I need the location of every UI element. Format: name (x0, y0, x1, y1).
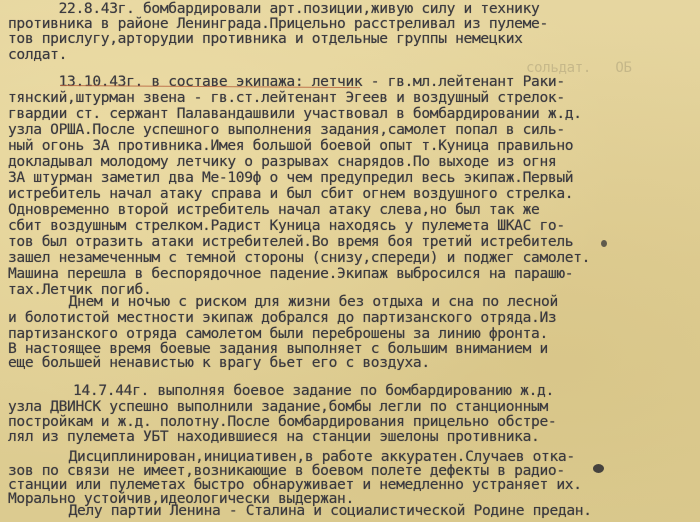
text-line: Одновременно второй истребитель начал ат… (8, 202, 539, 218)
text-line: гвардии ст. сержант Палавандашвили участ… (8, 106, 582, 122)
text-line: ный огонь ЗА противника.Имея большой бое… (8, 138, 573, 154)
text-line: лял из пулемета УБТ находившиеся на стан… (8, 429, 539, 445)
text-line: и болотистой местности экипаж добрался д… (8, 310, 556, 326)
text-line: солдат. (8, 47, 67, 63)
text-line: Машина перешла в беспорядочное падение.Э… (8, 266, 573, 282)
text-line: 14.7.44г. выполняя боевое задание по бом… (14, 383, 554, 399)
text-line: Днем и ночью с риском для жизни без отды… (18, 294, 558, 310)
text-line: узла ОРША.После успешного выполнения зад… (8, 122, 565, 138)
ink-blot-mark (593, 464, 604, 473)
text-line: сбит воздушным стрелком.Радист Куница на… (8, 218, 565, 234)
text-line: зашел незамеченным с темной стороны (сни… (8, 250, 590, 266)
text-line: 13.10.43г. в составе экипажа: летчик - г… (8, 74, 565, 90)
ink-blot-mark (601, 240, 607, 247)
text-line: тянский,штурман звена - гв.ст.лейтенант … (8, 90, 565, 106)
text-line: еще большей ненавистью к врагу бьет его … (8, 355, 430, 371)
text-line: ЗА штурман заметил два Ме-109ф о чем пре… (8, 170, 573, 186)
text-line: тов прислугу,арторудии противника и отде… (8, 31, 523, 47)
text-line: тов был отразить атаки истребителей.Во в… (8, 234, 573, 250)
text-line: истребитель начал атаку справа и был сби… (8, 186, 573, 202)
text-line: докладывал молодому летчику о разрывах с… (8, 154, 556, 170)
text-line: Делу партии Ленина - Сталина и социалист… (18, 503, 592, 519)
